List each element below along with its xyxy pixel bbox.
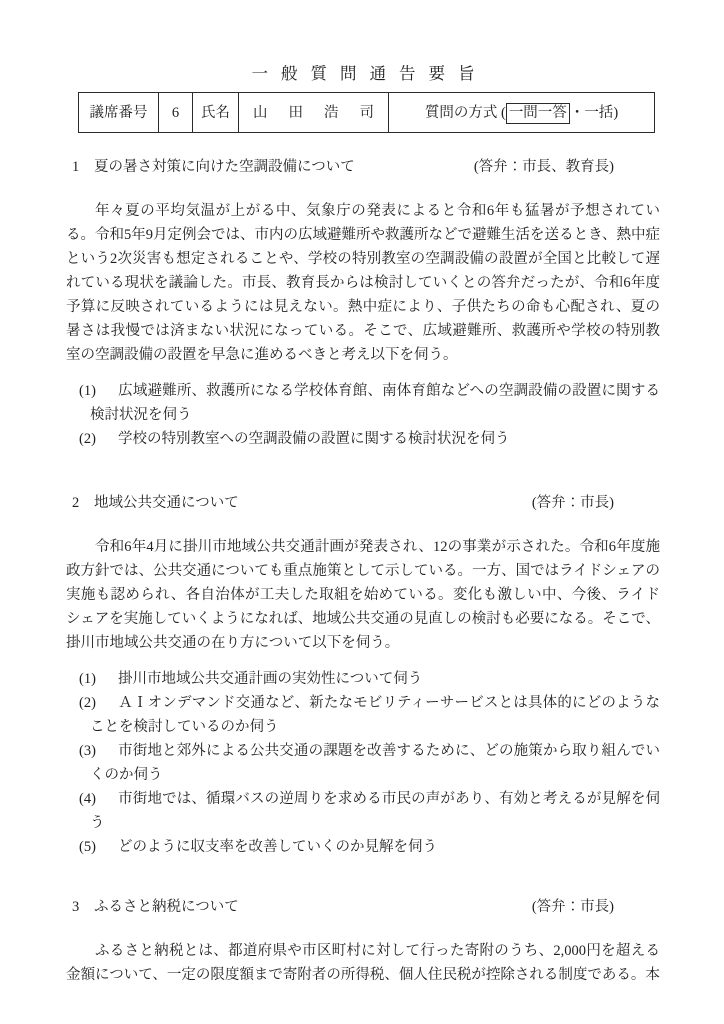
header-row: 議席番号 6 氏名 山田浩司 質問の方式 (一問一答・一括) bbox=[79, 93, 655, 133]
section-title-text: 地域公共交通について bbox=[94, 495, 239, 511]
method-close-paren: ) bbox=[613, 105, 618, 121]
section-title: 2地域公共交通について bbox=[66, 491, 239, 515]
question-item: (2)ＡＩオンデマンド交通など、新たなモビリティーサービスとは具体的にどのような… bbox=[66, 691, 660, 739]
document-title: 一般質問通告要旨 bbox=[66, 62, 673, 86]
section-number: 2 bbox=[66, 491, 94, 515]
section-heading: 2地域公共交通について (答弁：市長) bbox=[66, 491, 660, 515]
respondent-label: (答弁：市長) bbox=[532, 895, 614, 919]
section-paragraph: ふるさと納税とは、都道府県や市区町村に対して行った寄附のうち、2,000円を超え… bbox=[66, 939, 660, 987]
section-number: 3 bbox=[66, 895, 94, 919]
method-selected-option: 一問一答 bbox=[506, 103, 570, 124]
method-separator: ・ bbox=[570, 105, 585, 121]
question-list: (1)広域避難所、救護所になる学校体育館、南体育館などへの空調設備の設置に関する… bbox=[66, 379, 660, 451]
document-page: 一般質問通告要旨 議席番号 6 氏名 山田浩司 質問の方式 (一問一答・一括) … bbox=[0, 0, 724, 1024]
item-text: 掛川市地域公共交通計画の実効性について伺う bbox=[118, 671, 422, 687]
item-text: 市街地と郊外による公共交通の課題を改善するために、どの施策から取り組んでいくのか… bbox=[90, 743, 660, 783]
item-text: 市街地では、循環バスの逆周りを求める市民の声があり、有効と考えるが見解を伺う bbox=[90, 791, 660, 831]
item-marker: (2) bbox=[79, 691, 118, 715]
item-marker: (5) bbox=[79, 835, 118, 859]
question-method-cell: 質問の方式 (一問一答・一括) bbox=[389, 93, 655, 133]
item-marker: (2) bbox=[79, 427, 118, 451]
member-name: 山田浩司 bbox=[239, 93, 389, 133]
section-title: 3ふるさと納税について bbox=[66, 895, 239, 919]
question-list: (1)掛川市地域公共交通計画の実効性について伺う (2)ＡＩオンデマンド交通など… bbox=[66, 667, 660, 859]
question-item: (5)どのように収支率を改善していくのか見解を伺う bbox=[66, 835, 660, 859]
item-text: ＡＩオンデマンド交通など、新たなモビリティーサービスとは具体的にどのようなことを… bbox=[90, 695, 660, 735]
section-paragraph: 令和6年4月に掛川市地域公共交通計画が発表され、12の事業が示された。令和6年度… bbox=[66, 535, 660, 655]
respondent-label: (答弁：市長) bbox=[532, 491, 614, 515]
section-paragraph: 年々夏の平均気温が上がる中、気象庁の発表によると令和6年も猛暑が予想されている。… bbox=[66, 199, 660, 367]
item-text: 広域避難所、救護所になる学校体育館、南体育館などへの空調設備の設置に関する検討状… bbox=[90, 383, 660, 423]
section-title: 1夏の暑さ対策に向けた空調設備について bbox=[66, 155, 355, 179]
question-item: (3)市街地と郊外による公共交通の課題を改善するために、どの施策から取り組んでい… bbox=[66, 739, 660, 787]
respondent-label: (答弁：市長、教育長) bbox=[474, 155, 614, 179]
section-number: 1 bbox=[66, 155, 94, 179]
seat-number-label: 議席番号 bbox=[79, 93, 159, 133]
section-title-text: ふるさと納税について bbox=[94, 899, 239, 915]
member-name-label: 氏名 bbox=[193, 93, 239, 133]
item-marker: (4) bbox=[79, 787, 118, 811]
section-public-transport: 2地域公共交通について (答弁：市長) 令和6年4月に掛川市地域公共交通計画が発… bbox=[66, 491, 660, 859]
item-text: どのように収支率を改善していくのか見解を伺う bbox=[118, 839, 437, 855]
section-title-text: 夏の暑さ対策に向けた空調設備について bbox=[94, 159, 355, 175]
seat-number-value: 6 bbox=[159, 93, 193, 133]
section-heading: 1夏の暑さ対策に向けた空調設備について (答弁：市長、教育長) bbox=[66, 155, 660, 179]
question-item: (4)市街地では、循環バスの逆周りを求める市民の声があり、有効と考えるが見解を伺… bbox=[66, 787, 660, 835]
section-heading: 3ふるさと納税について (答弁：市長) bbox=[66, 895, 660, 919]
method-other-option: 一括 bbox=[584, 105, 613, 121]
item-marker: (3) bbox=[79, 739, 118, 763]
question-item: (1)掛川市地域公共交通計画の実効性について伺う bbox=[66, 667, 660, 691]
question-method-label: 質問の方式 bbox=[425, 105, 498, 121]
header-table: 議席番号 6 氏名 山田浩司 質問の方式 (一問一答・一括) bbox=[78, 92, 655, 133]
section-heat-countermeasures: 1夏の暑さ対策に向けた空調設備について (答弁：市長、教育長) 年々夏の平均気温… bbox=[66, 155, 660, 451]
question-item: (1)広域避難所、救護所になる学校体育館、南体育館などへの空調設備の設置に関する… bbox=[66, 379, 660, 427]
question-item: (2)学校の特別教室への空調設備の設置に関する検討状況を伺う bbox=[66, 427, 660, 451]
section-furusato-tax: 3ふるさと納税について (答弁：市長) ふるさと納税とは、都道府県や市区町村に対… bbox=[66, 895, 660, 987]
item-marker: (1) bbox=[79, 667, 118, 691]
item-marker: (1) bbox=[79, 379, 118, 403]
item-text: 学校の特別教室への空調設備の設置に関する検討状況を伺う bbox=[118, 431, 510, 447]
